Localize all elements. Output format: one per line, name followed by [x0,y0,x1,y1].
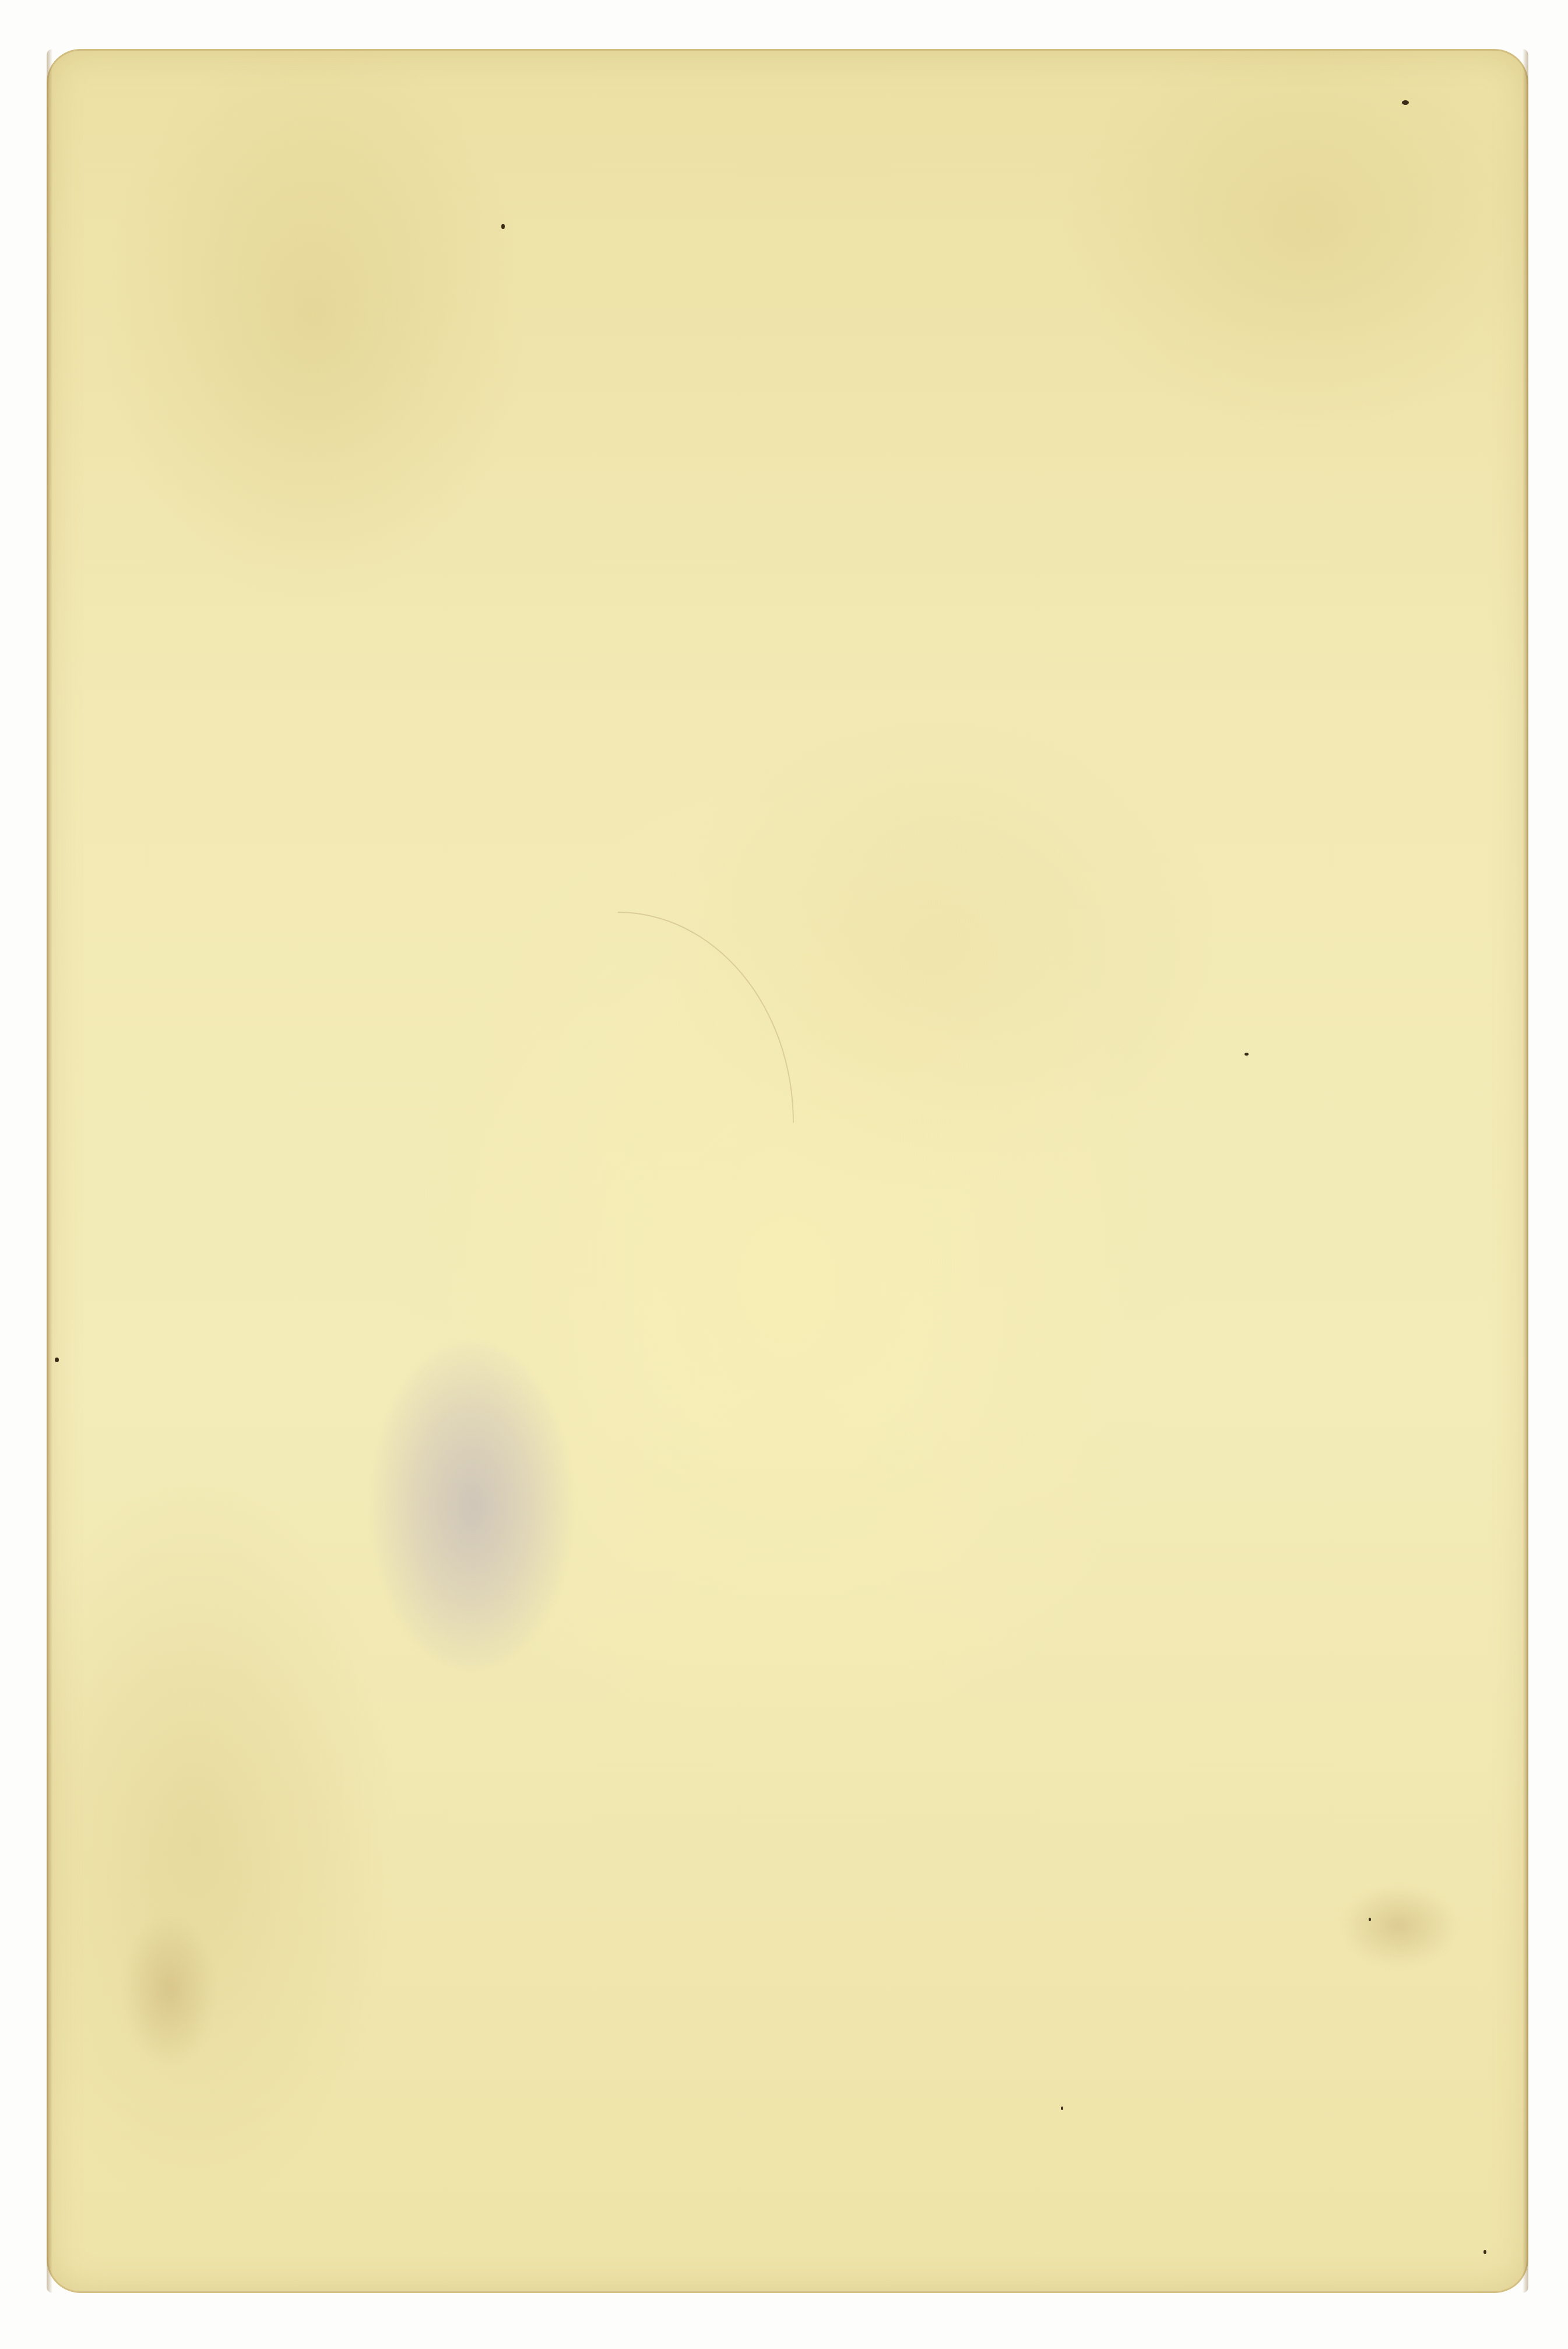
speck [1402,100,1409,105]
tan-spot-stain [1341,1885,1457,1967]
card-left-edge [47,49,52,2293]
speck [1369,1918,1371,1921]
faint-arc-scratch [618,912,794,1123]
scan-background [0,0,1568,2349]
cabinet-card-back [47,49,1528,2293]
speck [501,224,505,229]
speck [55,1358,59,1362]
speck [1061,2107,1063,2110]
speck [1483,2250,1486,2254]
foxing-stain [373,1343,571,1669]
card-right-edge [1523,49,1528,2293]
speck [1244,1053,1249,1056]
tan-spot-stain [122,1914,216,2066]
